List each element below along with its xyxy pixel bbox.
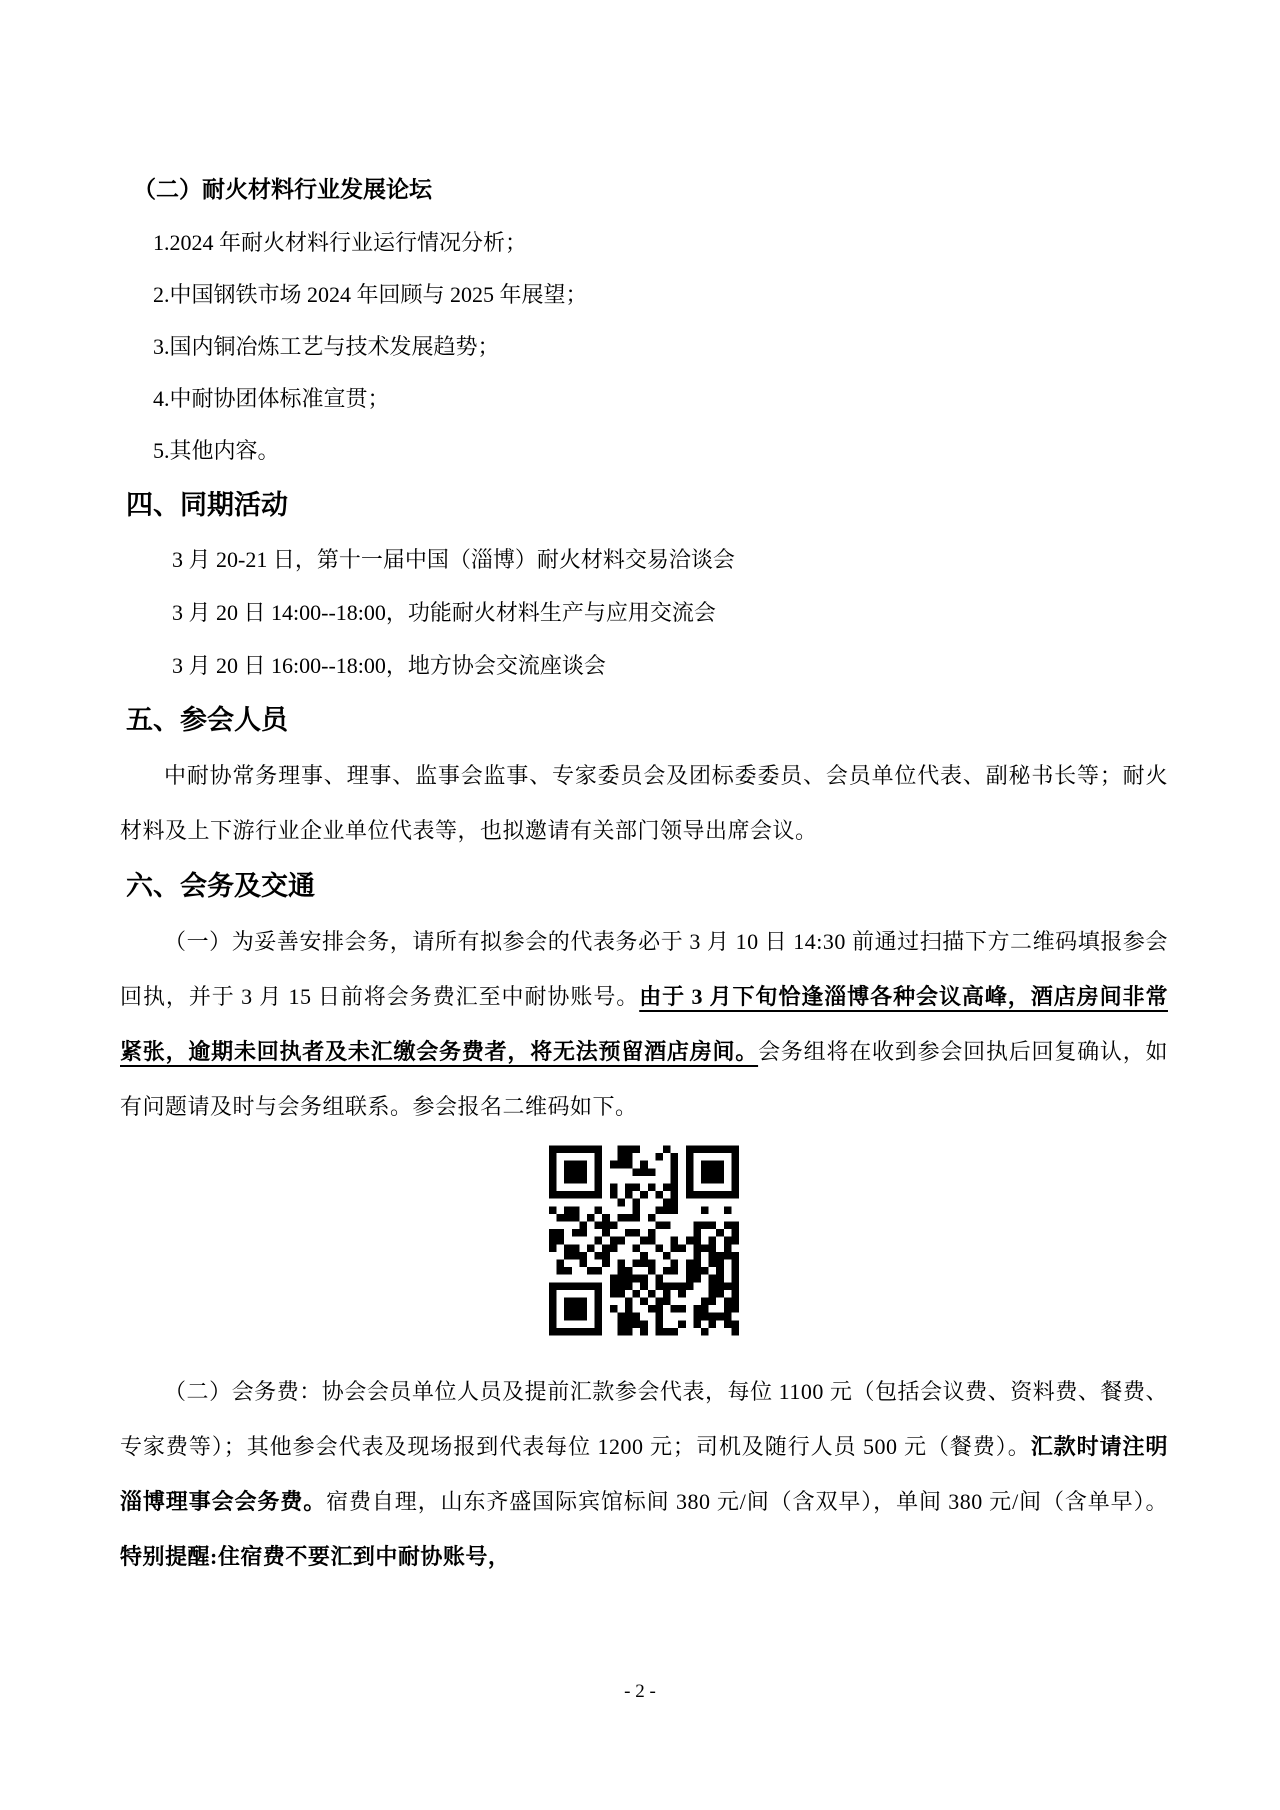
forum-agenda-list: 1.2024 年耐火材料行业运行情况分析； 2.中国钢铁市场 2024 年回顾与… [120, 217, 1168, 477]
activity-line-1: 3 月 20-21 日，第十一届中国（淄博）耐火材料交易洽谈会 [120, 533, 1168, 586]
activity-line-2: 3 月 20 日 14:00--18:00，功能耐火材料生产与应用交流会 [120, 586, 1168, 639]
page-number: - 2 - [0, 1678, 1280, 1706]
logistics-paragraph-1: （一）为妥善安排会务，请所有拟参会的代表务必于 3 月 10 日 14:30 前… [120, 914, 1168, 1134]
logistics-p2-hotel-info: 宿费自理，山东齐盛国际宾馆标间 380 元/间（含双早），单间 380 元/间（… [326, 1489, 1168, 1514]
qr-code-image [549, 1142, 739, 1339]
forum-agenda-item-4: 4.中耐协团体标准宣贯； [153, 373, 1168, 425]
logistics-paragraph-2: （二）会务费：协会会员单位人员及提前汇款参会代表，每位 1100 元（包括会议费… [120, 1364, 1168, 1584]
page-content: （二）耐火材料行业发展论坛 1.2024 年耐火材料行业运行情况分析； 2.中国… [0, 0, 1280, 1584]
forum-agenda-item-3: 3.国内铜冶炼工艺与技术发展趋势； [153, 321, 1168, 373]
document-page: （二）耐火材料行业发展论坛 1.2024 年耐火材料行业运行情况分析； 2.中国… [0, 0, 1280, 1810]
forum-agenda-item-2: 2.中国钢铁市场 2024 年回顾与 2025 年展望； [153, 269, 1168, 321]
registration-qr-code [549, 1142, 739, 1339]
section-heading-logistics: 六、会务及交通 [126, 858, 1168, 914]
section-heading-participants: 五、参会人员 [126, 692, 1168, 748]
forum-agenda-item-5: 5.其他内容。 [153, 425, 1168, 477]
forum-agenda-item-1: 1.2024 年耐火材料行业运行情况分析； [153, 217, 1168, 269]
logistics-p2-text: （二）会务费：协会会员单位人员及提前汇款参会代表，每位 1100 元（包括会议费… [120, 1379, 1168, 1459]
forum-subsection-heading: （二）耐火材料行业发展论坛 [133, 162, 1168, 217]
logistics-p2-special-reminder: 特别提醒:住宿费不要汇到中耐协账号， [120, 1544, 510, 1569]
section-heading-concurrent-activities: 四、同期活动 [126, 477, 1168, 533]
activity-line-3: 3 月 20 日 16:00--18:00，地方协会交流座谈会 [120, 639, 1168, 692]
participants-paragraph: 中耐协常务理事、理事、监事会监事、专家委员会及团标委委员、会员单位代表、副秘书长… [120, 748, 1168, 858]
